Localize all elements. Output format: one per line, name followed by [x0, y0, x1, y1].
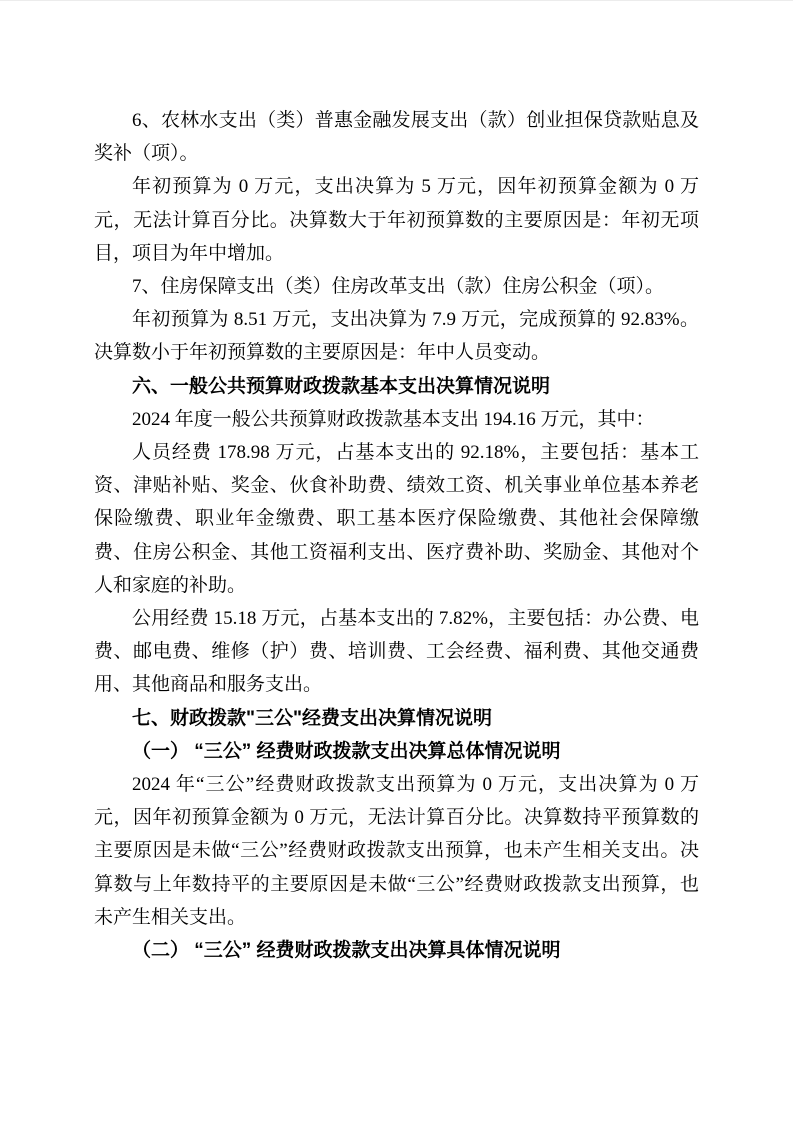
paragraph: 年初预算为 8.51 万元，支出决算为 7.9 万元，完成预算的 92.83%。… [94, 303, 699, 369]
paragraph: 2024 年度一般公共预算财政拨款基本支出 194.16 万元，其中： [94, 403, 699, 436]
page-body: 6、农林水支出（类）普惠金融发展支出（款）创业担保贷款贴息及奖补（项）。年初预算… [0, 1, 793, 1122]
paragraph: 6、农林水支出（类）普惠金融发展支出（款）创业担保贷款贴息及奖补（项）。 [94, 104, 699, 170]
paragraph: 7、住房保障支出（类）住房改革支出（款）住房公积金（项）。 [94, 270, 699, 303]
section-heading: （二） “三公” 经费财政拨款支出决算具体情况说明 [94, 934, 699, 967]
section-heading: 六、一般公共预算财政拨款基本支出决算情况说明 [94, 370, 699, 403]
paragraph: 公用经费 15.18 万元，占基本支出的 7.82%，主要包括：办公费、电费、邮… [94, 602, 699, 702]
section-heading: 七、财政拨款"三公"经费支出决算情况说明 [94, 702, 699, 735]
paragraph: 人员经费 178.98 万元，占基本支出的 92.18%，主要包括：基本工资、津… [94, 436, 699, 602]
document-content: 6、农林水支出（类）普惠金融发展支出（款）创业担保贷款贴息及奖补（项）。年初预算… [94, 104, 699, 967]
document-page: { "page": { "background": "#ffffff", "te… [0, 0, 793, 1122]
section-heading: （一） “三公” 经费财政拨款支出决算总体情况说明 [94, 735, 699, 768]
paragraph: 2024 年“三公”经费财政拨款支出预算为 0 万元，支出决算为 0 万元，因年… [94, 768, 699, 934]
paragraph: 年初预算为 0 万元，支出决算为 5 万元，因年初预算金额为 0 万元，无法计算… [94, 170, 699, 270]
